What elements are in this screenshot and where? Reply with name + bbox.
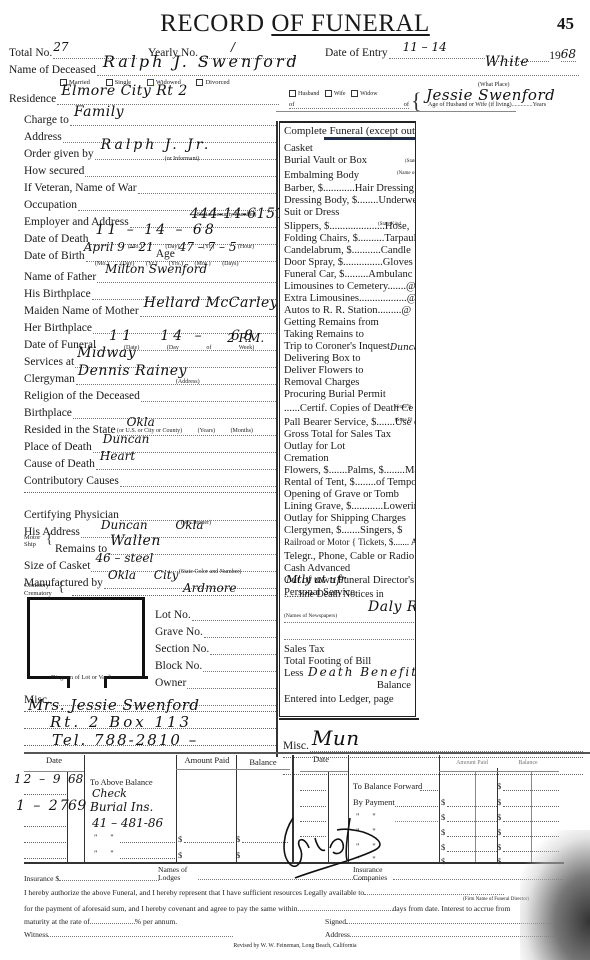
veteran-war-field[interactable]: If Veteran, Name of War bbox=[24, 182, 276, 194]
brace: { bbox=[46, 532, 53, 548]
field-label: Birthplace bbox=[24, 407, 72, 419]
charge-item[interactable]: Getting Remains from bbox=[284, 317, 379, 328]
cause-of-death-field[interactable]: Cause of DeathHeart bbox=[24, 458, 276, 470]
pall-hint: (State Pl bbox=[395, 418, 412, 423]
center-divider bbox=[276, 121, 278, 757]
ledger-right-row-1-desc: To Balance Forward bbox=[353, 781, 422, 791]
husband-checkbox[interactable]: Husband bbox=[289, 91, 319, 97]
auth-text-2: for the payment of aforesaid sum, and I … bbox=[24, 904, 298, 913]
personal-service-value: Mtly at ufr bbox=[286, 573, 346, 586]
charge-item[interactable]: Opening of Grave or Tomb bbox=[284, 489, 399, 500]
charge-item[interactable]: Outlay for Shipping Charges bbox=[284, 513, 406, 524]
dollar-sign: $ bbox=[497, 856, 501, 866]
rule bbox=[24, 826, 66, 827]
contributory-causes-line2[interactable] bbox=[24, 492, 276, 493]
charge-item[interactable]: Burial Vault or Box bbox=[284, 155, 367, 166]
misc-right-field[interactable]: Misc.Mun bbox=[283, 740, 583, 752]
charge-item[interactable]: Procuring Burial Permit bbox=[284, 389, 386, 400]
charge-to-field[interactable]: Charge toFamily bbox=[24, 114, 276, 126]
hint-months: (Months) bbox=[231, 428, 253, 434]
place-of-death-field[interactable]: Place of DeathDuncan bbox=[24, 441, 276, 453]
of-label-2: of bbox=[404, 101, 409, 108]
field-value: Duncan bbox=[103, 432, 150, 446]
charge-item[interactable]: Barber, $............Hair Dressing bbox=[284, 183, 414, 194]
widow-label: Widow bbox=[360, 91, 377, 97]
dollar-sign: $ bbox=[497, 781, 501, 791]
charge-item[interactable]: Delivering Box to bbox=[284, 353, 361, 364]
misc-note-line-1: Mrs. Jessie Swenford bbox=[28, 696, 200, 714]
cemetery-crematory-label: CemeteryCrematory bbox=[24, 582, 52, 597]
field-label: Address bbox=[24, 131, 62, 143]
field-value: Heart bbox=[100, 449, 135, 463]
certif-hint: (State N bbox=[395, 405, 412, 410]
ledger-row-1-desc: To Above Balance bbox=[90, 777, 153, 787]
suit-hint: (State Kind bbox=[378, 222, 401, 227]
ledger-page-label: Entered into Ledger, page bbox=[284, 694, 394, 705]
ledger-right-row-2-desc: By Payment bbox=[353, 797, 395, 807]
charge-item[interactable]: Clergymen, $.......Singers, $ bbox=[284, 525, 402, 536]
dollar-sign: $ bbox=[441, 812, 445, 822]
field-label: Cause of Death bbox=[24, 458, 95, 470]
charge-item[interactable]: Door Spray, $...............Gloves bbox=[284, 257, 413, 268]
ledger-right-balance-header: Balance bbox=[498, 760, 558, 766]
ledger-right-cents-divider bbox=[475, 772, 476, 863]
dollar-sign: $ bbox=[441, 856, 445, 866]
rule bbox=[24, 842, 66, 843]
charge-item[interactable]: Suit or Dress bbox=[284, 207, 339, 218]
name-of-father-field[interactable]: Name of FatherMilton Swenford bbox=[24, 271, 276, 283]
ledger-right-amount-header: Amount Paid bbox=[440, 760, 504, 766]
ledger-left-amount-header: Amount Paid bbox=[178, 755, 236, 765]
religion-field[interactable]: Religion of the Deceased bbox=[24, 390, 276, 402]
ledger-row-2-desc: Check bbox=[92, 787, 127, 800]
charge-item[interactable]: Autos to R. R. Station.........@ bbox=[284, 305, 411, 316]
field-value: Okla bbox=[127, 415, 155, 429]
charge-item[interactable]: Outlay for Lot bbox=[284, 441, 345, 452]
charge-item[interactable]: ......Certif. Copies of Death Ce bbox=[284, 403, 413, 414]
dollar-sign: $ bbox=[497, 797, 501, 807]
field-value: Dennis Rainey bbox=[78, 363, 187, 379]
charge-item[interactable]: Rental of Tent, $........of Tempo bbox=[284, 477, 416, 488]
newspapers-line-2 bbox=[284, 639, 414, 640]
motor-ship-prefix: MotorShip bbox=[24, 534, 40, 548]
race-value: White bbox=[485, 54, 529, 70]
husband-label: Husband bbox=[298, 91, 319, 97]
date-of-entry-label: Date of Entry bbox=[325, 47, 388, 59]
signed-label: Signed bbox=[325, 917, 346, 926]
rule bbox=[420, 790, 438, 791]
dollar-sign: $ bbox=[497, 827, 501, 837]
field-label: Owner bbox=[155, 677, 186, 689]
insurance-field[interactable]: Insurance $ bbox=[24, 874, 159, 883]
insurance-companies-label: Insurance Companies bbox=[353, 866, 393, 882]
contributory-causes-field[interactable]: Contributory Causes bbox=[24, 475, 276, 487]
field-label: Maiden Name of Mother bbox=[24, 305, 139, 317]
field-label: If Veteran, Name of War bbox=[24, 182, 137, 194]
grave-no-field[interactable]: Grave No. bbox=[155, 626, 276, 638]
section-no-field[interactable]: Section No. bbox=[155, 643, 276, 655]
field-label: Block No. bbox=[155, 660, 202, 672]
wife-checkbox[interactable]: Wife bbox=[325, 91, 346, 97]
death-notices-value: Daly R bbox=[368, 599, 416, 615]
ledger-row-3-desc: Burial Ins. bbox=[90, 800, 153, 814]
spouse-type-group: Husband Wife Widow bbox=[289, 90, 378, 97]
of-label-1: of bbox=[289, 101, 294, 108]
charges-heading: Complete Funeral (except outlay bbox=[284, 125, 416, 137]
order-given-by-field[interactable]: Order given byRalph J. Jr.(or Informant) bbox=[24, 148, 276, 160]
age-of-spouse-label: Age of Husband or Wife (if living) bbox=[428, 102, 512, 108]
ledger-row-6-desc: " " bbox=[94, 848, 114, 858]
field-value: Ralph J. Jr. bbox=[101, 137, 212, 153]
rule bbox=[300, 771, 348, 772]
authorization-line-1: I hereby authorize the above Funeral, an… bbox=[24, 888, 504, 897]
dollar-sign: $ bbox=[497, 842, 501, 852]
charge-item[interactable]: Deliver Flowers to bbox=[284, 365, 363, 376]
rule bbox=[447, 821, 497, 822]
charge-item[interactable]: Lining Grave, $............Lowering bbox=[284, 501, 416, 512]
sales-tax-label: Sales Tax bbox=[284, 644, 325, 655]
field-value: Midway bbox=[77, 345, 136, 361]
divorced-checkbox[interactable]: Divorced bbox=[196, 79, 229, 86]
heading-underline bbox=[324, 137, 416, 140]
spouse-of-line[interactable]: of of bbox=[289, 101, 409, 109]
dollar-sign: $ bbox=[441, 842, 445, 852]
field-value: 46 – steel bbox=[95, 551, 153, 565]
rule bbox=[184, 842, 234, 843]
less-value: Death Benefit bbox=[308, 665, 416, 679]
ledger-right-date-header: Date bbox=[294, 754, 348, 764]
field-label: Lot No. bbox=[155, 609, 191, 621]
field-label: Grave No. bbox=[155, 626, 203, 638]
field-hint: (or Informant) bbox=[165, 156, 200, 162]
dollar-sign: $ bbox=[178, 850, 182, 860]
charge-item[interactable]: Flowers, $.......Palms, $........Ma bbox=[284, 465, 416, 476]
rule bbox=[300, 790, 326, 791]
divider bbox=[276, 111, 516, 112]
year-prefix: 19 bbox=[549, 50, 561, 62]
date-of-entry-value: 11 – 14 bbox=[403, 40, 447, 54]
charges-box-bottom bbox=[279, 718, 419, 720]
name-of-deceased-label: Name of Deceased bbox=[9, 64, 96, 76]
charge-item[interactable]: Gross Total for Sales Tax bbox=[284, 429, 391, 440]
total-no-value: 27 bbox=[53, 40, 68, 54]
field-value: Wallen bbox=[110, 533, 161, 549]
ledger-left-balance-divider bbox=[236, 755, 237, 863]
age-of-spouse-hint: Age of Husband or Wife (if living)......… bbox=[428, 102, 546, 108]
dollar-sign: $ bbox=[178, 834, 182, 844]
field-label: Contributory Causes bbox=[24, 475, 119, 487]
residence-field[interactable]: Residence Elmore City Rt 2 bbox=[9, 93, 279, 105]
owner-field[interactable]: Owner bbox=[155, 677, 276, 689]
year-value: 68 bbox=[561, 47, 576, 62]
funeral-date-hints: (Date) (Day of Week) (Hour) bbox=[124, 345, 298, 351]
lot-diagram bbox=[27, 597, 145, 679]
cemetery-value: Ardmore bbox=[183, 581, 237, 595]
cemetery-line[interactable] bbox=[72, 595, 276, 596]
field-value: Okla City bbox=[108, 568, 179, 582]
rule bbox=[447, 851, 497, 852]
dollar-sign: $ bbox=[236, 850, 240, 860]
rule bbox=[503, 790, 559, 791]
field-hint: (Address) bbox=[176, 379, 200, 385]
field-label: Religion of the Deceased bbox=[24, 390, 140, 402]
newspapers-hint: (Names of Newspapers) bbox=[284, 613, 337, 619]
rule bbox=[176, 769, 290, 770]
field-label: Occupation bbox=[24, 199, 77, 211]
field-label: Services at bbox=[24, 356, 74, 368]
misc-note-line-2: Rt. 2 Box 113 bbox=[50, 713, 192, 731]
misc-right-value: Mun bbox=[312, 726, 360, 750]
field-label: Name of Father bbox=[24, 271, 96, 283]
rule bbox=[24, 858, 66, 859]
rule bbox=[24, 794, 66, 795]
charge-item[interactable]: Casket bbox=[284, 143, 313, 154]
field-value: Milton Swenford bbox=[105, 262, 207, 276]
newspapers-line bbox=[284, 622, 414, 623]
residence-label: Residence bbox=[9, 93, 56, 105]
field-value: 11 – 14 – 68 bbox=[96, 222, 217, 238]
dollar-sign: $ bbox=[441, 797, 445, 807]
getting-remains-value: Duncan bbox=[390, 343, 416, 353]
charge-item[interactable]: Limousines to Cemetery.......@ bbox=[284, 281, 416, 292]
charge-item[interactable]: Folding Chairs, $..........Tarpaul bbox=[284, 233, 416, 244]
charges-box: Complete Funeral (except outlay CasketBu… bbox=[279, 121, 416, 717]
field-label: Place of Death bbox=[24, 441, 92, 453]
embalming-hint: (State bbox=[405, 159, 416, 164]
rule bbox=[300, 806, 326, 807]
rule bbox=[447, 806, 497, 807]
days-from-date-text: days from date. Interest to accrue from bbox=[393, 904, 511, 913]
field-label: His Birthplace bbox=[24, 288, 91, 300]
date-of-entry-field[interactable]: Date of Entry 11 – 14 bbox=[325, 47, 485, 59]
page-number: 45 bbox=[557, 14, 574, 34]
title-word-of-funeral: OF FUNERAL bbox=[271, 10, 430, 37]
rule bbox=[120, 858, 175, 859]
page-title: RECORD OF FUNERAL bbox=[0, 10, 590, 38]
field-label: Section No. bbox=[155, 643, 209, 655]
witness-label: Witness bbox=[24, 930, 48, 939]
auth-text-1: I hereby authorize the above Funeral, an… bbox=[24, 888, 364, 897]
dollar-sign: $ bbox=[236, 834, 240, 844]
charge-item[interactable]: Taking Remains to bbox=[284, 329, 364, 340]
ledger-left-balance-header: Balance bbox=[236, 757, 290, 767]
misc-right-label: Misc. bbox=[283, 740, 309, 752]
lot-no-field[interactable]: Lot No. bbox=[155, 609, 276, 621]
ledger-row-4-desc: 41 – 481-86 bbox=[92, 816, 163, 830]
name-of-deceased-field[interactable]: Name of Deceased Ralph J. Swenford White bbox=[9, 64, 579, 76]
authorization-line-2: for the payment of aforesaid sum, and I … bbox=[24, 904, 510, 913]
charge-item[interactable]: Extra Limousines..................@ bbox=[284, 293, 416, 304]
lodges-label: Names of Lodges bbox=[158, 866, 198, 882]
charge-item[interactable]: Removal Charges bbox=[284, 377, 359, 388]
dollar-sign: $ bbox=[441, 827, 445, 837]
field-value: Family bbox=[74, 104, 124, 120]
charge-item[interactable]: Cremation bbox=[284, 453, 329, 464]
rule bbox=[395, 806, 438, 807]
name-of-deceased-value: Ralph J. Swenford bbox=[103, 52, 300, 71]
ledger-row-1-date: 12 – 9 bbox=[14, 772, 63, 786]
block-no-field[interactable]: Block No. bbox=[155, 660, 276, 672]
rule bbox=[503, 821, 559, 822]
hint-years: (Years) bbox=[198, 428, 215, 434]
charge-item[interactable]: Telegr., Phone, Cable or Radio bbox=[284, 551, 414, 562]
less-label: Less bbox=[284, 668, 303, 679]
charge-item[interactable]: Candelabrum, $...........Candle bbox=[284, 245, 411, 256]
charge-item[interactable]: Dressing Body, $........Underwe bbox=[284, 195, 416, 206]
scan-shadow bbox=[520, 830, 590, 960]
time-value: 2 P.M. bbox=[227, 331, 264, 345]
ledger-row-3-date: 1 – 27 bbox=[16, 798, 71, 814]
balance-label: Balance bbox=[377, 680, 411, 691]
charge-item[interactable]: Embalming Body bbox=[284, 170, 359, 181]
hint-days: (Days) bbox=[222, 261, 238, 267]
auth-text-3: maturity at the rate of bbox=[24, 917, 90, 926]
rule bbox=[503, 806, 559, 807]
hint-day-of-week: (Day of Week) bbox=[167, 345, 254, 351]
field-label: Charge to bbox=[24, 114, 69, 126]
field-value: Duncan Okla bbox=[101, 518, 204, 532]
diagram-label: Diagram of Lot or Vault bbox=[51, 674, 112, 681]
ledger-row-3-year: 69 bbox=[68, 798, 87, 814]
charge-item[interactable]: Trip to Coroner's Inquest bbox=[284, 341, 390, 352]
field-hint: (State Color and Number) bbox=[179, 569, 241, 575]
rule bbox=[439, 771, 559, 772]
rule bbox=[120, 842, 175, 843]
field-value: Hellard McCarley bbox=[144, 295, 279, 311]
ledger-row-5-desc: " " bbox=[94, 832, 114, 842]
residence-value: Elmore City Rt 2 bbox=[61, 83, 188, 99]
ssn-value: 444-14-6153 bbox=[190, 206, 285, 222]
field-label: Date of Birth bbox=[24, 250, 85, 262]
field-label: Size of Casket bbox=[24, 560, 90, 572]
insurance-label: Insurance $ bbox=[24, 874, 59, 883]
field-label: Order given by bbox=[24, 148, 94, 160]
authorization-line-3[interactable]: maturity at the rate of% per annum. bbox=[24, 917, 177, 926]
how-secured-field[interactable]: How secured bbox=[24, 165, 276, 177]
ledger-left-date-header: Date bbox=[24, 755, 84, 765]
age-label: Age bbox=[156, 248, 175, 260]
clergyman-field[interactable]: ClergymanDennis Rainey(Address) bbox=[24, 373, 276, 385]
total-no-label: Total No. bbox=[9, 47, 52, 59]
birth-date-value: April 9 – 21 bbox=[84, 240, 154, 254]
remains-to-field[interactable]: Remains toWallen bbox=[55, 543, 276, 555]
witness-field[interactable]: Witness bbox=[24, 930, 233, 939]
years-label: Years bbox=[533, 102, 546, 108]
divorced-label: Divorced bbox=[205, 79, 229, 86]
misc-note-line-3: Tel. 788-2810 – bbox=[52, 731, 198, 749]
dollar-sign: $ bbox=[497, 812, 501, 822]
revised-by-credit: Revised by W. W. Feineman, Long Beach, C… bbox=[0, 943, 590, 949]
field-label: Her Birthplace bbox=[24, 322, 92, 334]
charge-item[interactable]: Railroad or Motor { Tickets, $....... Ae… bbox=[284, 537, 416, 547]
ledger-left-amount-divider bbox=[176, 755, 177, 863]
address-label: Address bbox=[325, 930, 350, 939]
ledger-row-1-year: 68 bbox=[68, 772, 83, 786]
field-label: How secured bbox=[24, 165, 84, 177]
title-word-record: RECORD bbox=[160, 10, 264, 37]
per-annum-text: % per annum. bbox=[135, 917, 177, 926]
brace: { bbox=[58, 580, 65, 596]
barber-hint: (Name of bbox=[397, 171, 416, 176]
rule bbox=[447, 836, 497, 837]
widow-checkbox[interactable]: Widow bbox=[351, 91, 377, 97]
wife-label: Wife bbox=[334, 91, 346, 97]
lodges-field[interactable]: Names of Lodges bbox=[158, 866, 373, 882]
age-value: 47 – 7 – 5 bbox=[179, 240, 237, 254]
charge-item[interactable]: Funeral Car, $.........Ambulanc bbox=[284, 269, 412, 280]
field-label: Clergyman bbox=[24, 373, 75, 385]
field-label: Date of Death bbox=[24, 233, 89, 245]
mother-maiden-name-field[interactable]: Maiden Name of MotherHellard McCarley bbox=[24, 305, 276, 317]
